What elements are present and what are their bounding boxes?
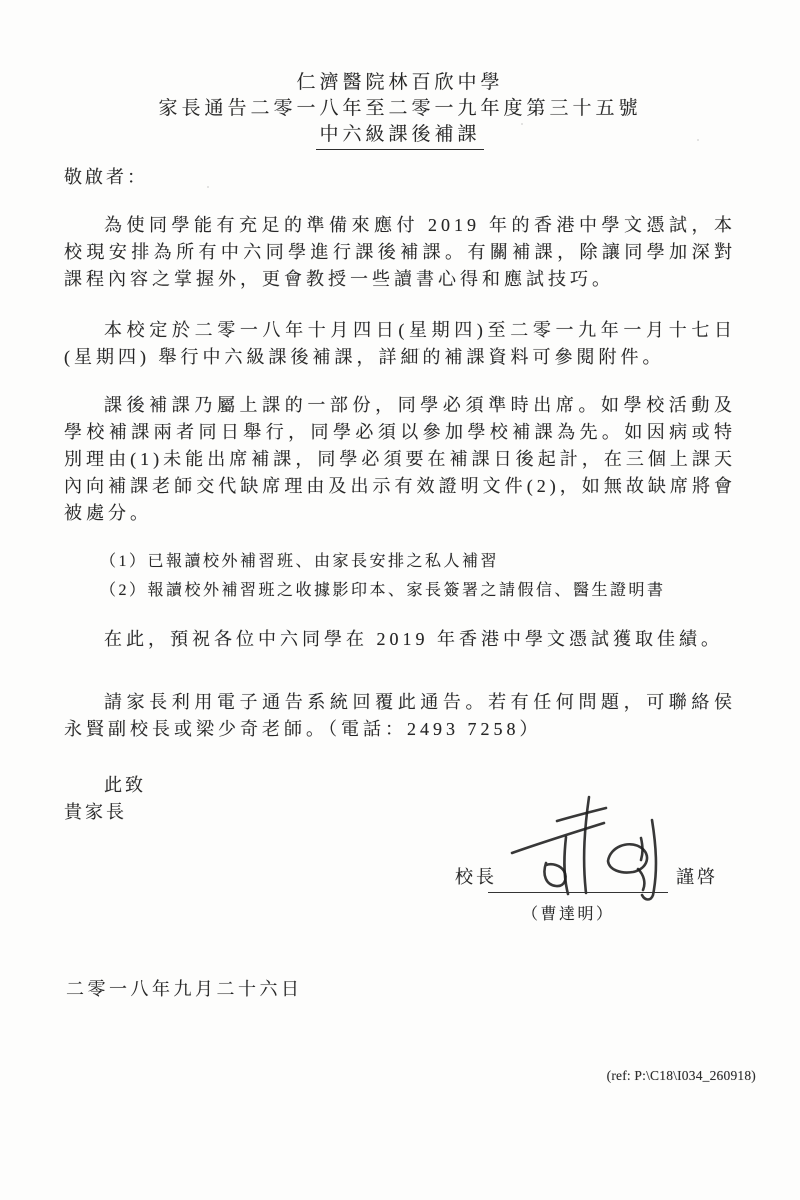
notice-subject-line: 中六級課後補課 (64, 122, 736, 150)
scanned-notice-page: 仁濟醫院林百欣中學 家長通告二零一八年至二零一九年度第三十五號 中六級課後補課 … (0, 0, 800, 1200)
signer-name: （曹達明） (522, 901, 615, 924)
paragraph-exam-preparation: 為使同學能有充足的準備來應付 2019 年的香港中學文憑試，本校現安排為所有中六… (64, 212, 736, 293)
paragraph-schedule: 本校定於二零一八年十月四日(星期四)至二零一九年一月十七日(星期四) 舉行中六級… (64, 317, 736, 371)
notice-subject: 中六級課後補課 (316, 122, 483, 150)
scan-speckle (521, 123, 523, 125)
reference-number: (ref: P:\C18\I034_260918) (607, 1068, 756, 1084)
signature-line (488, 892, 668, 893)
footnotes: （1）已報讀校外補習班、由家長安排之私人補習 （2）報讀校外補習班之收據影印本、… (100, 547, 736, 605)
footnote-1: （1）已報讀校外補習班、由家長安排之私人補習 (100, 547, 736, 576)
principal-signature-icon (502, 795, 664, 907)
scan-speckle (207, 186, 209, 188)
notice-number-line: 家長通告二零一八年至二零一九年度第三十五號 (64, 96, 736, 122)
scan-speckle (418, 348, 420, 350)
scan-speckle (697, 139, 699, 141)
signer-role-label: 校長 (455, 863, 497, 889)
notice-header: 仁濟醫院林百欣中學 家長通告二零一八年至二零一九年度第三十五號 中六級課後補課 (64, 70, 736, 150)
paragraph-reply-instructions: 請家長利用電子通告系統回覆此通告。若有任何問題，可聯絡侯永賢副校長或梁少奇老師。… (64, 689, 736, 743)
school-name: 仁濟醫院林百欣中學 (64, 70, 736, 96)
notice-body-column: 仁濟醫院林百欣中學 家長通告二零一八年至二零一九年度第三十五號 中六級課後補課 … (0, 0, 800, 826)
respectful-closing: 謹啓 (676, 863, 718, 889)
paragraph-attendance-rules: 課後補課乃屬上課的一部份，同學必須準時出席。如學校活動及學校補課兩者同日舉行，同… (64, 392, 736, 527)
paragraph-well-wishes: 在此，預祝各位中六同學在 2019 年香港中學文憑試獲取佳績。 (64, 626, 736, 653)
footnote-2: （2）報讀校外補習班之收據影印本、家長簽署之請假信、醫生證明書 (100, 576, 736, 605)
notice-date: 二零一八年九月二十六日 (66, 975, 303, 1001)
signature-block: 校長 謹啓 （曹達明） (450, 795, 760, 935)
salutation: 敬啟者： (64, 164, 736, 191)
